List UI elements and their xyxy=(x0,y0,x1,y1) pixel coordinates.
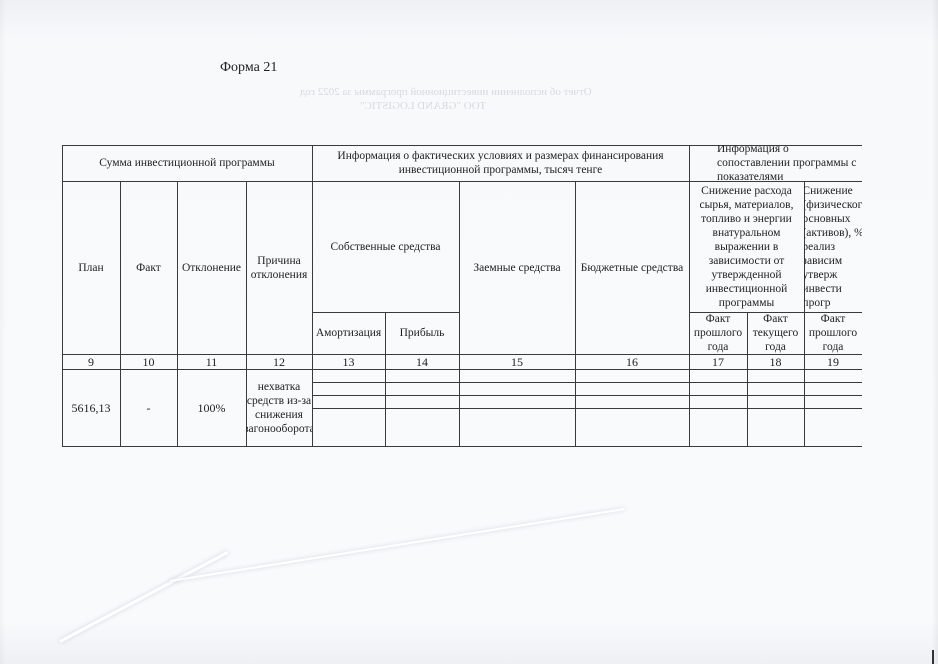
grid-line xyxy=(62,446,862,447)
column-header-profit: Прибыль xyxy=(385,312,459,354)
column-header-budget: Бюджетные средства xyxy=(575,181,689,354)
cell-fact-value: - xyxy=(120,369,177,446)
column-number: 13 xyxy=(312,354,385,369)
column-number: 19 xyxy=(804,354,862,369)
header-group-comparison: Информация о сопоставлении программы с п… xyxy=(689,145,862,181)
grid-line xyxy=(312,395,862,396)
column-header-fact: Факт xyxy=(120,181,177,354)
column-header-borrowed: Заемные средства xyxy=(459,181,575,354)
column-number: 10 xyxy=(120,354,177,369)
header-group-financing: Информация о фактических условиях и разм… xyxy=(312,145,689,181)
column-header-fact-prev-year-2: Факт прошлого года xyxy=(804,312,862,354)
column-number: 15 xyxy=(459,354,575,369)
scan-edge-mark xyxy=(932,650,934,664)
column-header-amortization: Амортизация xyxy=(312,312,385,354)
cell-deviation-value: 100% xyxy=(177,369,246,446)
column-header-own-funds: Собственные средства xyxy=(312,181,459,312)
column-header-reason: Причина отклонения xyxy=(246,181,312,354)
column-header-fact-curr-year: Факт текущего года xyxy=(747,312,804,354)
column-header-plan: План xyxy=(62,181,120,354)
column-number: 9 xyxy=(62,354,120,369)
cell-reason-value: нехватка средств из-за снижения вагонооб… xyxy=(246,369,312,446)
grid-line xyxy=(312,382,862,383)
header-group-sum: Сумма инвестиционной программы xyxy=(62,145,312,181)
column-number: 18 xyxy=(747,354,804,369)
column-header-fact-prev-year: Факт прошлого года xyxy=(689,312,747,354)
column-header-reduction-materials: Снижение расхода сырья, материалов, топл… xyxy=(689,181,804,312)
column-number: 12 xyxy=(246,354,312,369)
column-number: 16 xyxy=(575,354,689,369)
investment-program-table: Сумма инвестиционной программыИнформация… xyxy=(0,0,938,664)
column-header-reduction-wear: Снижение (физического) основных (активов… xyxy=(804,181,862,312)
column-number: 17 xyxy=(689,354,747,369)
column-number: 11 xyxy=(177,354,246,369)
column-number: 14 xyxy=(385,354,459,369)
cell-plan-value: 5616,13 xyxy=(62,369,120,446)
column-header-deviation: Отклонение xyxy=(177,181,246,354)
grid-line xyxy=(312,408,862,409)
